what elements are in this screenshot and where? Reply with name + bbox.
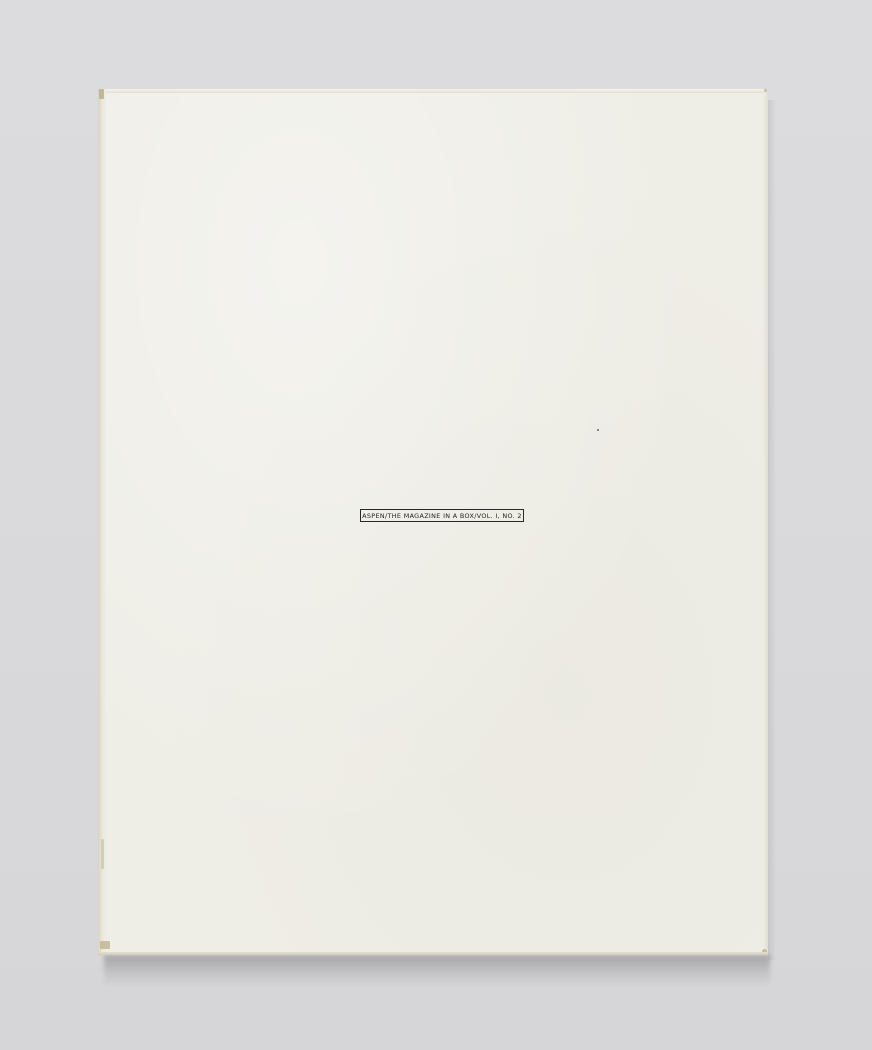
magazine-box: ASPEN/THE MAGAZINE IN A BOX/VOL. I, NO. …	[98, 89, 768, 955]
box-drop-shadow	[104, 955, 770, 987]
surface-speck	[597, 429, 599, 431]
box-left-edge	[98, 89, 106, 955]
box-right-edge	[763, 89, 768, 955]
cover-title-label: ASPEN/THE MAGAZINE IN A BOX/VOL. I, NO. …	[360, 509, 524, 522]
corner-wear-top-left	[99, 89, 104, 99]
box-side-shadow	[768, 100, 776, 960]
edge-wear-left	[101, 839, 104, 869]
corner-wear-bottom-left	[100, 941, 110, 949]
corner-wear-bottom-right	[762, 949, 767, 954]
corner-wear-top-right	[764, 89, 767, 92]
